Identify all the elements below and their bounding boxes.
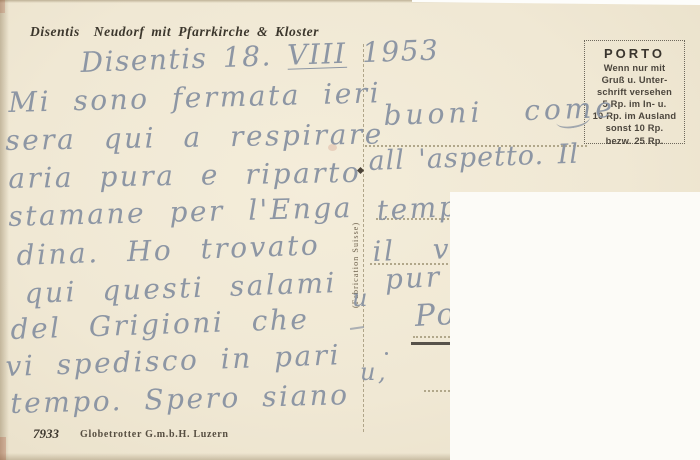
porto-title: PORTO xyxy=(585,46,684,61)
paper-edge-left xyxy=(0,0,9,460)
paper-corner-stain-top-left xyxy=(0,0,5,13)
catalog-number: 7933 xyxy=(33,426,59,442)
handwritten-date: Disentis 18. VIII 1953 xyxy=(80,33,440,79)
handwriting-line: vi spedisco in pari xyxy=(5,338,342,383)
handwriting-line: sera qui a respirare xyxy=(5,117,384,157)
date-month-numeral: VIII xyxy=(287,37,348,72)
paper-edge-bottom xyxy=(0,453,452,460)
handwriting-line: del Grigioni che xyxy=(10,303,310,346)
handwriting-line: pur xyxy=(384,260,442,296)
date-year: 1953 xyxy=(346,33,440,69)
handwriting-line: dina. Ho trovato xyxy=(16,228,321,272)
blanked-region xyxy=(450,192,700,460)
handwriting-line: stamane per l'Enga xyxy=(8,191,353,233)
address-dotted-line xyxy=(424,390,450,392)
handwriting-line: Mi sono fermata ieri xyxy=(8,76,382,119)
handwriting-stray-mark: u, xyxy=(360,358,388,386)
handwriting-line: tempo. Spero siano xyxy=(10,378,350,420)
handwriting-line: aria pura e riparto xyxy=(8,156,362,195)
handwriting-line: all 'aspetto. Il xyxy=(368,139,580,177)
handwriting-line: temp xyxy=(376,190,460,227)
ink-dash xyxy=(350,326,364,330)
pen-underline xyxy=(411,342,454,345)
card-caption: Disentis Neudorf mit Pfarrkirche & Klost… xyxy=(30,24,319,40)
date-prefix: Disentis 18. xyxy=(80,39,288,79)
ink-dot xyxy=(385,352,388,355)
paper-corner-stain-bottom-left xyxy=(0,437,6,460)
handwriting-stray-mark: u xyxy=(352,284,370,312)
publisher-imprint: Globetrotter G.m.b.H. Luzern xyxy=(80,429,229,440)
porto-line: bezw. 25 Rp. xyxy=(585,135,684,147)
porto-line: Gruß u. Unter- xyxy=(585,74,684,86)
porto-line: Wenn nur mit xyxy=(585,62,684,74)
postcard-back: Disentis Neudorf mit Pfarrkirche & Klost… xyxy=(0,0,700,460)
